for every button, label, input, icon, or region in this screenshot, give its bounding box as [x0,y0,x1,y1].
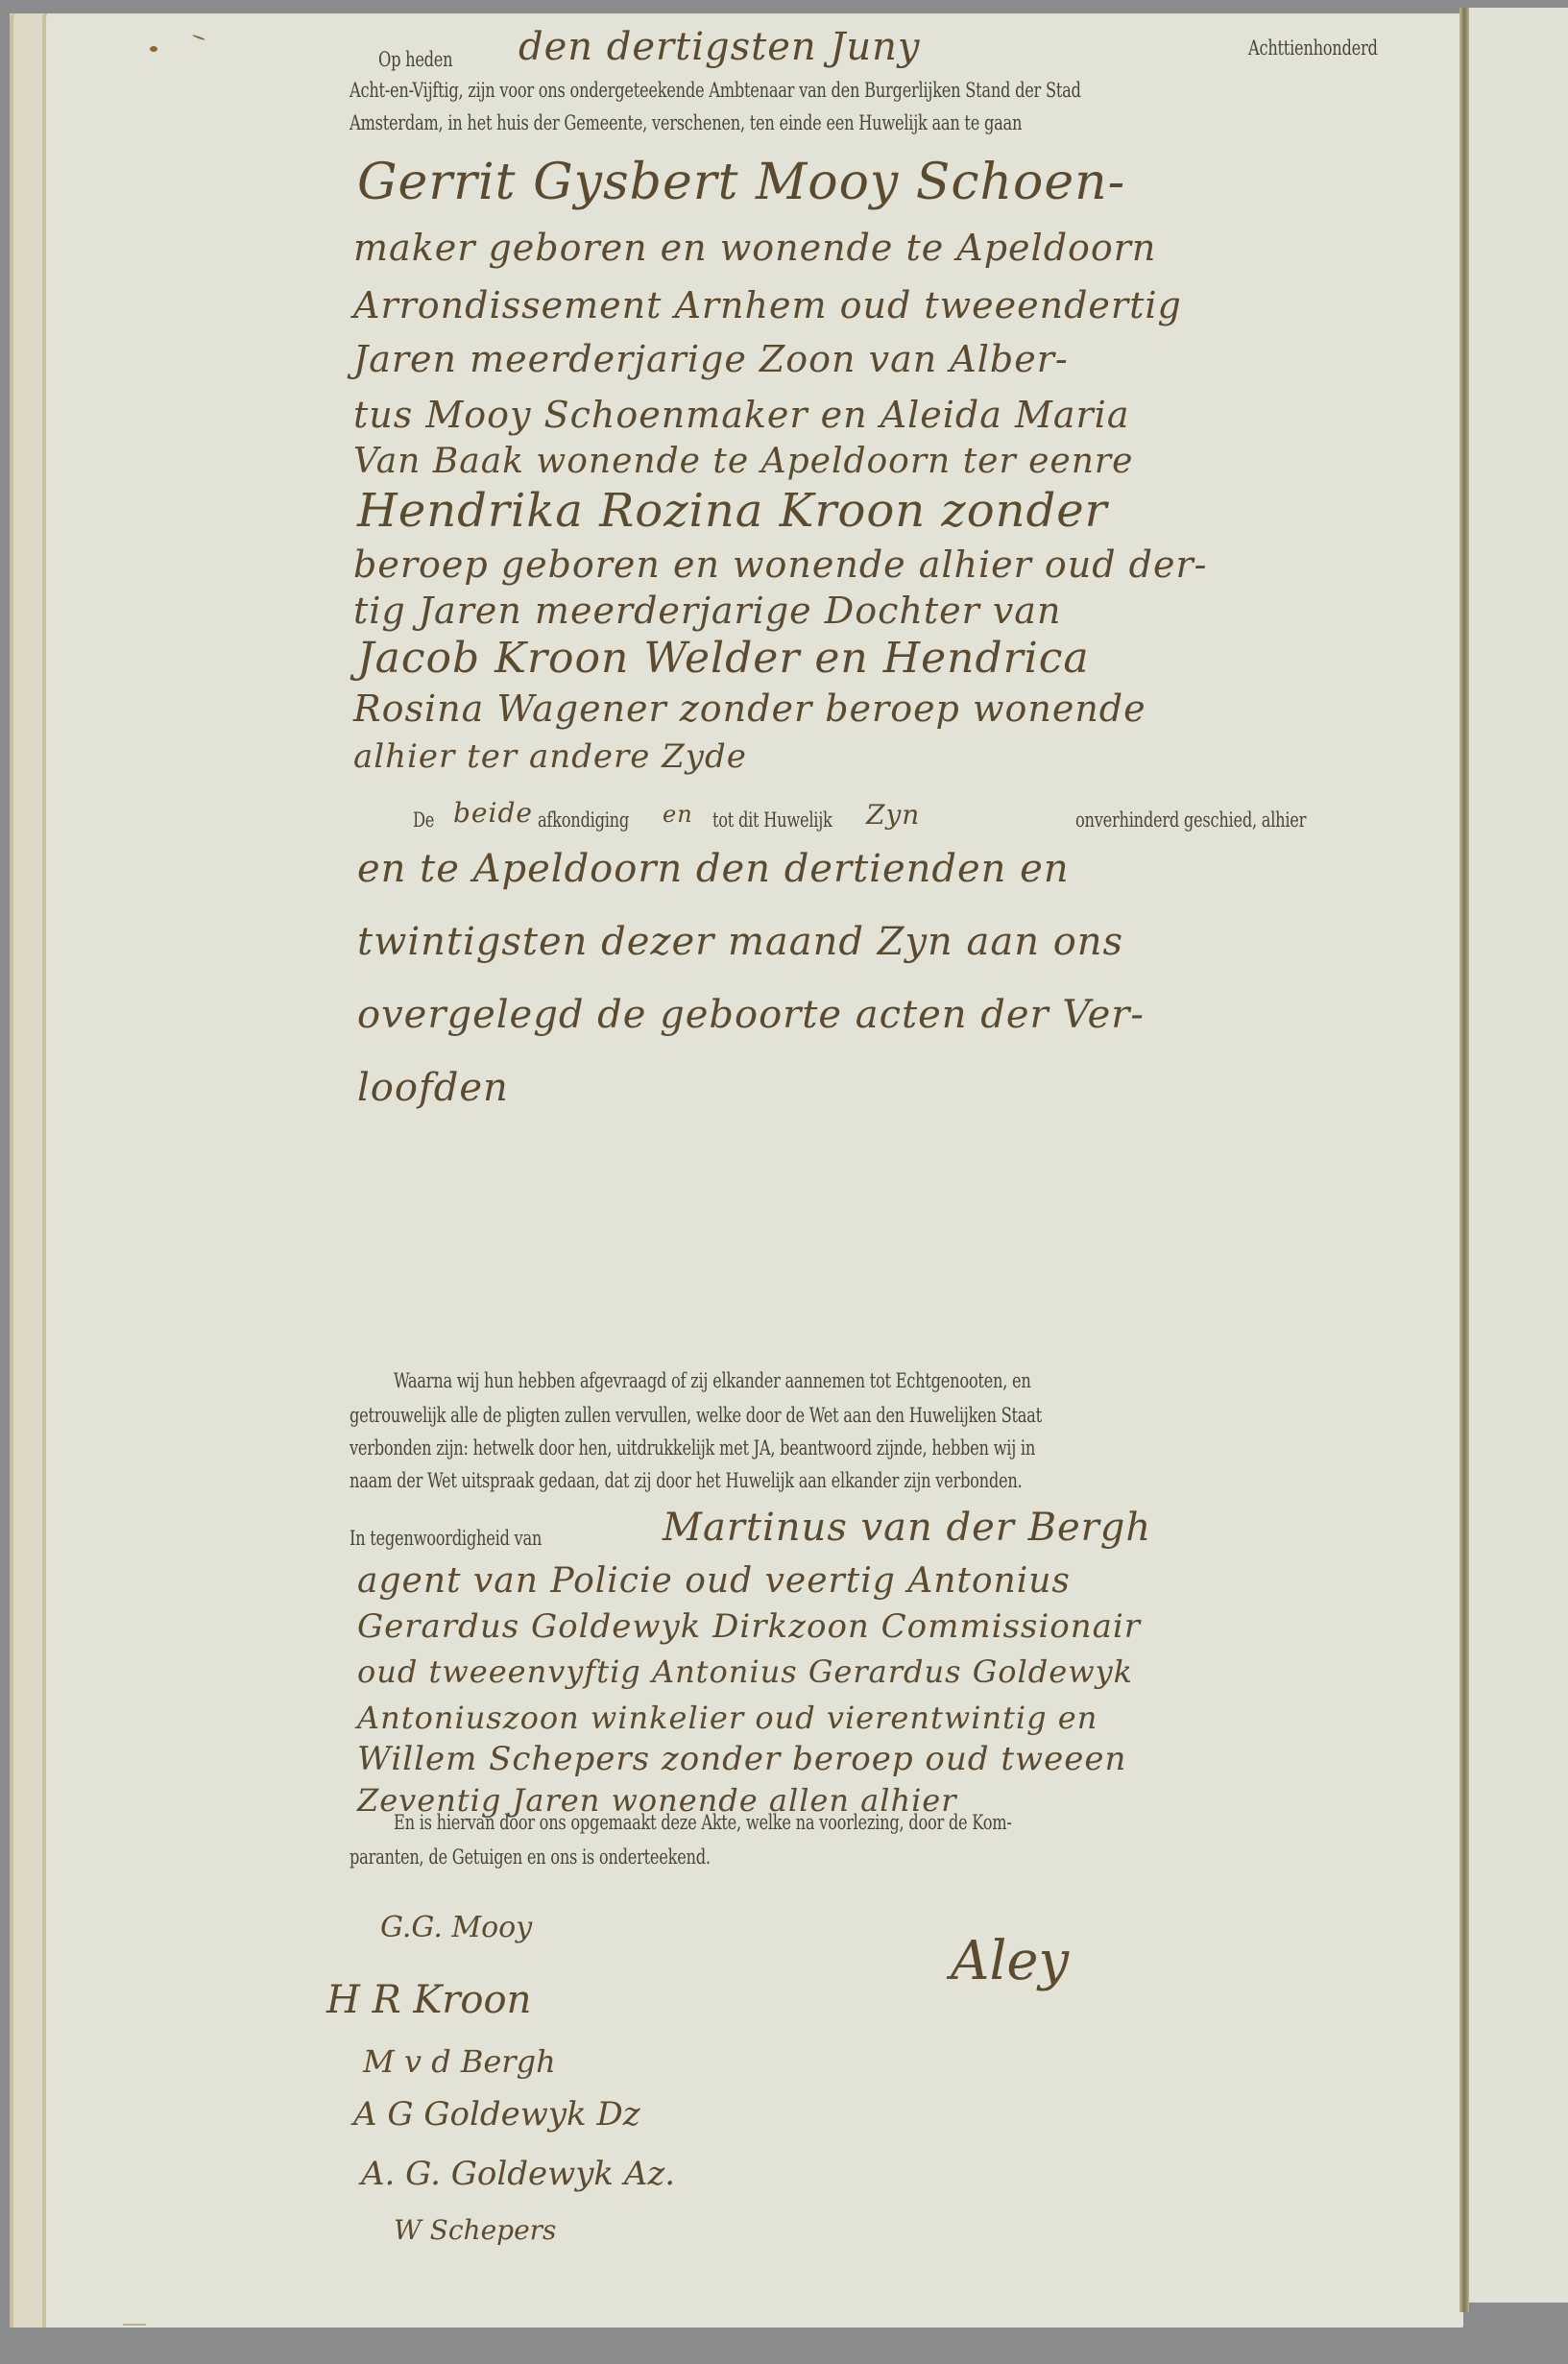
signature-bride: H R Kroon [326,1978,531,2022]
witness-line-5: Antoniuszoon winkelier oud vierentwintig… [357,1700,1098,1736]
signature-witness-4: W Schepers [394,2214,556,2246]
witness-line-2: agent van Policie oud veertig Antonius [357,1561,1071,1601]
announcement-beide: beide [453,797,533,829]
parties-line-3: Arrondissement Arnhem oud tweeendertig [353,284,1182,326]
opening-label: Op heden [378,48,452,71]
witness-line-4: oud tweeenvyftig Antonius Gerardus Golde… [357,1653,1133,1690]
signature-witness-3: A. G. Goldewyk Az. [361,2155,675,2193]
parties-line-5: tus Mooy Schoenmaker en Aleida Maria [353,394,1130,436]
parties-line-11: Rosina Wagener zonder beroep wonende [353,687,1146,730]
witness-label: In tegenwoordigheid van [350,1527,542,1550]
closing-para-line-3: verbonden zijn: hetwelk door hen, uitdru… [350,1436,1035,1459]
header-year-word: Achttienhonderd [1248,36,1378,60]
opening-line-2: Acht-en-Vijftig, zijn voor ons ondergete… [350,79,1081,102]
witness-line-6: Willem Schepers zonder beroep oud tweeen [357,1740,1126,1778]
announcement-cont-4: loofden [357,1066,509,1110]
witness-line-1: Martinus van der Bergh [663,1506,1151,1550]
parties-line-6: Van Baak wonende te Apeldoorn ter eenre [353,442,1133,481]
ink-speck [150,46,157,52]
signature-witness-1: M v d Bergh [363,2043,556,2080]
final-para-line-1: En is hiervan door ons opgemaakt deze Ak… [394,1811,1012,1834]
parties-line-12: alhier ter andere Zyde [353,737,747,776]
witness-line-3: Gerardus Goldewyk Dirkzoon Commissionair [357,1607,1141,1646]
announcement-cont-1: en te Apeldoorn den dertienden en [357,847,1070,891]
announcement-rest: onverhinderd geschied, alhier [1075,808,1306,832]
margin-tick-mark [123,2324,146,2326]
closing-para-line-2: getrouwelijk alle de pligten zullen verv… [350,1404,1042,1427]
parties-line-4: Jaren meerderjarige Zoon van Alber- [353,338,1069,380]
signature-witness-2: A G Goldewyk Dz [353,2095,640,2134]
facing-page [1469,8,1568,2303]
announcement-tot: tot dit Huwelijk [712,808,832,832]
date-fill: den dertigsten Juny [519,25,921,69]
announcement-en: en [663,801,693,828]
announcement-cont-3: overgelegd de geboorte acten der Ver- [357,993,1145,1037]
parties-line-1: Gerrit Gysbert Mooy Schoen- [357,154,1125,211]
announcement-de: De [413,808,434,832]
parties-line-9: tig Jaren meerderjarige Dochter van [353,590,1061,632]
announcement-afkondiging: afkondiging [538,808,629,832]
parties-line-7: Hendrika Rozina Kroon zonder [357,484,1108,538]
signature-official: Aley [951,1930,1069,1992]
announcement-zyn: Zyn [866,799,920,831]
signature-groom: G.G. Mooy [380,1911,532,1944]
parties-line-2: maker geboren en wonende te Apeldoorn [353,227,1156,269]
parties-line-8: beroep geboren en wonende alhier oud der… [353,543,1208,586]
opening-line-3: Amsterdam, in het huis der Gemeente, ver… [350,111,1022,134]
announcement-cont-2: twintigsten dezer maand Zyn aan ons [357,920,1123,964]
book-gutter [1459,8,1469,2312]
closing-para-line-4: naam der Wet uitspraak gedaan, dat zij d… [350,1469,1022,1492]
closing-para-line-1: Waarna wij hun hebben afgevraagd of zij … [394,1369,1031,1392]
parties-line-10: Jacob Kroon Welder en Hendrica [357,634,1090,683]
final-para-line-2: paranten, de Getuigen en ons is ondertee… [350,1845,711,1869]
